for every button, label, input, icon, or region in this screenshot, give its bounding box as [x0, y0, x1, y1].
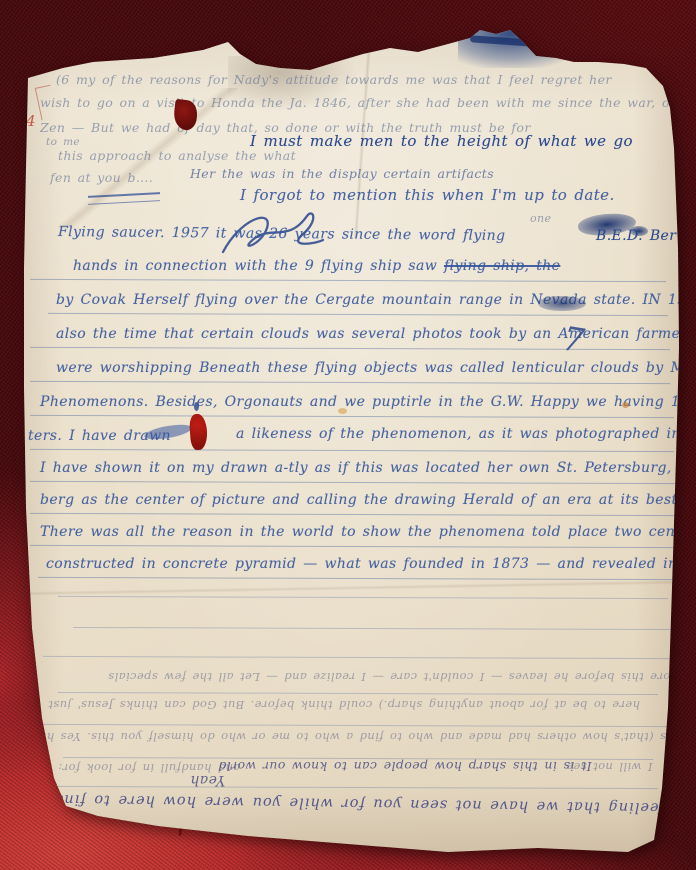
ruled-line: [58, 692, 658, 695]
handwritten-line: a likeness of the phenomenon, as it was …: [236, 426, 696, 442]
handwritten-line: hands in connection with the 9 flying sh…: [73, 258, 560, 274]
ruled-line: [43, 656, 673, 659]
ruled-line: [48, 786, 658, 789]
ruled-line: [30, 415, 674, 418]
ruled-line: [73, 627, 673, 630]
handwritten-line: to me: [46, 136, 80, 148]
handwritten-line-upside-down: It is in this sharp how people can to kn…: [218, 759, 592, 774]
ruled-line: [30, 449, 674, 452]
page-number: 14: [612, 48, 632, 67]
paper-crease: [18, 568, 680, 608]
handwritten-line-upside-down: Just the simplest things (that's how oth…: [36, 730, 696, 744]
handwritten-line: were worshipping Beneath these flying ob…: [56, 360, 696, 376]
ink-stain: [458, 24, 584, 68]
letter-paper: 14 4 (6 my of the reasons for Nady's att…: [18, 28, 680, 858]
handwritten-line: Phenomenons. Besides, Orgonauts and we p…: [40, 394, 696, 410]
handwritten-line: fen at you b….: [50, 170, 153, 185]
ink-scribble: [538, 296, 586, 311]
ruled-line: [38, 577, 674, 580]
ruled-line: [58, 596, 668, 599]
ink-dot: [194, 402, 199, 411]
handwritten-line: constructed in concrete pyramid — what w…: [46, 556, 696, 572]
red-wax-blob: [189, 413, 208, 450]
handwritten-line-upside-down: more this before he leaves — I couldn't …: [108, 670, 682, 684]
handwritten-line: berg as the center of picture and callin…: [40, 492, 696, 508]
ruled-line: [48, 313, 668, 316]
margin-number-red: 4: [26, 112, 36, 130]
handwritten-line: this approach to analyse the what: [58, 148, 296, 163]
handwritten-line-upside-down: here to be at for about anything sharp.)…: [48, 698, 640, 712]
paper-stain: [338, 408, 347, 414]
insert-word: one: [530, 212, 551, 225]
handwritten-line: Her the was in the display certain artif…: [190, 166, 494, 181]
ruled-line: [30, 545, 678, 548]
handwritten-line-upside-down: I will not see: [566, 760, 652, 774]
handwritten-line-upside-down: I have the feeling that we have not seen…: [53, 791, 696, 817]
ruled-line: [30, 481, 676, 484]
handwritten-line: I must make men to the height of what we…: [250, 132, 633, 150]
handwritten-line: wish to go on a visit to Honda the Ja. 1…: [40, 95, 695, 110]
photo-background: 14 4 (6 my of the reasons for Nady's att…: [0, 0, 696, 870]
handwritten-line: by Covak Herself flying over the Cergate…: [56, 292, 696, 308]
handwritten-line: also the time that certain clouds was se…: [56, 326, 696, 342]
ruled-line: [38, 724, 678, 727]
ruled-line: [30, 279, 666, 282]
ruled-line: [30, 513, 676, 516]
handwritten-line: There was all the reason in the world to…: [40, 524, 696, 540]
paper-wrapper: 14 4 (6 my of the reasons for Nady's att…: [0, 0, 696, 870]
handwritten-line: B.E.D. Ber: [596, 228, 676, 244]
underline-scribble: [88, 192, 160, 205]
paper-stain: [622, 402, 629, 408]
ruled-line: [30, 381, 670, 384]
margin-seven-mark: 7: [560, 319, 587, 361]
line-text: hands in connection with the 9 flying sh…: [73, 258, 437, 274]
struck-text: flying ship, the: [444, 258, 560, 274]
handwritten-line: I have shown it on my drawn a-tly as if …: [40, 460, 696, 476]
handwritten-line: (6 my of the reasons for Nady's attitude…: [56, 72, 612, 87]
handwritten-line: Flying saucer. 1957 it was 26 years sinc…: [58, 224, 506, 244]
